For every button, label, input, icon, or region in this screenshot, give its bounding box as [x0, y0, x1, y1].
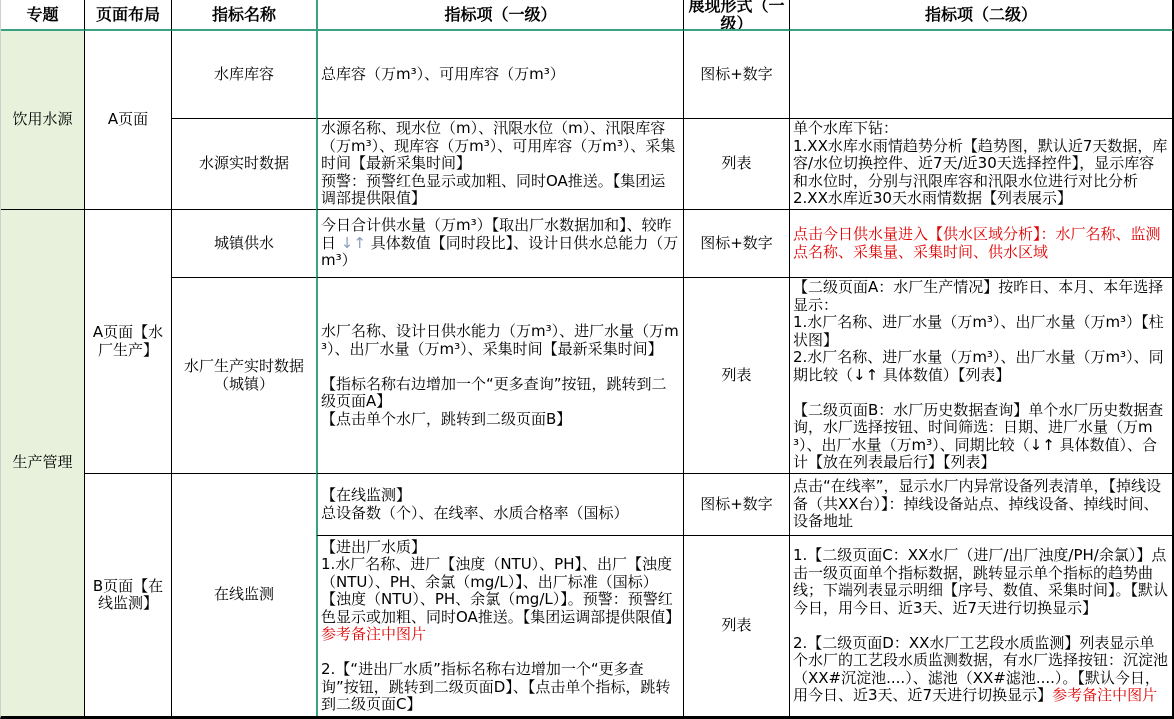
- topic-cell-production-mgmt: 生产管理: [1, 210, 85, 716]
- level1-cell-source-realtime: 水源名称、现水位（m）、汛限水位（m）、汛限库容（万m³）、现库容（万m³）、可…: [316, 119, 684, 210]
- indicator-name-source-realtime: 水源实时数据: [172, 119, 316, 210]
- level2-cell-r1: [790, 31, 1173, 119]
- header-page-layout: 页面布局: [85, 0, 172, 31]
- form-cell-r5: 图标+数字: [684, 474, 790, 536]
- level1-cell-urban-supply: 今日合计供水量（万m³）【取出厂水数据加和】、较昨日 ↓↑ 具体数值【同时段比】…: [316, 210, 684, 278]
- form-cell-r6: 列表: [684, 536, 790, 716]
- layout-cell-page-b-monitor: B页面【在线监测】: [85, 474, 172, 716]
- level2-cell-offline-devices: 点击“在线率”，显示水厂内异常设备列表清单，【掉线设备（共XX台）】：掉线设备站…: [790, 474, 1173, 536]
- form-cell-r1: 图标+数字: [684, 31, 790, 119]
- header-indicator-name: 指标名称: [172, 0, 316, 31]
- form-cell-r4: 列表: [684, 278, 790, 474]
- level1-cell-inlet-outlet-quality: 【进出厂水质】 1.水厂名称、进厂【浊度（NTU）、PH】、出厂【浊度（NTU）…: [316, 536, 684, 716]
- level1-cell-reservoir-capacity: 总库容（万m³）、可用库容（万m³）: [316, 31, 684, 119]
- indicator-name-plant-realtime: 水厂生产实时数据（城镇）: [172, 278, 316, 474]
- header-level2-items: 指标项（二级）: [790, 0, 1173, 31]
- level2-cell-quality-pages-cd: 1.【二级页面C：XX水厂（进厂/出厂浊度/PH/余氯）】点击一级页面单个指标数…: [790, 536, 1173, 716]
- level2-cell-supply-region-analysis: 点击今日供水量进入【供水区域分析】：水厂名称、监测点名称、采集量、采集时间、供水…: [790, 210, 1173, 278]
- level2-cell-reservoir-drilldown: 单个水库下钻： 1.XX水库水雨情趋势分析【趋势图，默认近7天数据，库容/水位切…: [790, 119, 1173, 210]
- level1-cell-online-monitor-summary: 【在线监测】 总设备数（个）、在线率、水质合格率（国标）: [316, 474, 684, 536]
- header-level1-items: 指标项（一级）: [316, 0, 684, 31]
- indicator-name-reservoir-capacity: 水库库容: [172, 31, 316, 119]
- header-display-form: 展现形式（一级）: [684, 0, 790, 31]
- level1-cell-plant-realtime: 水厂名称、设计日供水能力（万m³）、进厂水量（万m³）、出厂水量（万m³）、采集…: [316, 278, 684, 474]
- level2-cell-plant-pages-ab: 【二级页面A：水厂生产情况】按昨日、本月、本年选择显示： 1.水厂名称、进厂水量…: [790, 278, 1173, 474]
- topic-cell-drinking-water: 饮用水源: [1, 31, 85, 210]
- spec-table: 专题 页面布局 指标名称 指标项（一级） 展现形式（一级） 指标项（二级） 饮用…: [0, 0, 1174, 719]
- form-cell-r3: 图标+数字: [684, 210, 790, 278]
- indicator-name-online-monitor: 在线监测: [172, 474, 316, 716]
- form-cell-r2: 列表: [684, 119, 790, 210]
- layout-cell-page-a: A页面: [85, 31, 172, 210]
- layout-cell-page-a-plant: A页面【水厂生产】: [85, 210, 172, 474]
- indicator-name-urban-supply: 城镇供水: [172, 210, 316, 278]
- header-topic: 专题: [1, 0, 85, 31]
